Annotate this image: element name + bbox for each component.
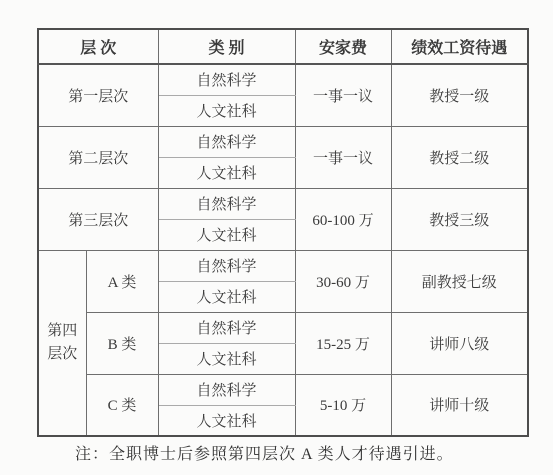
level4-label-line2: 层次 [39,343,86,366]
level4-cell: 第四 层次 [38,250,86,436]
level4c-class-cell: C 类 [86,374,158,436]
level3-allowance: 60-100 万 [295,188,391,250]
level4a-category-social: 人文社科 [158,281,295,312]
talent-tier-table: 层 次 类 别 安家费 绩效工资待遇 第一层次 自然科学 一事一议 教授一级 人… [37,28,529,437]
level4c-allowance: 5-10 万 [295,374,391,436]
header-salary: 绩效工资待遇 [391,29,528,64]
table-row: B 类 自然科学 15-25 万 讲师八级 [38,312,528,343]
table-row: C 类 自然科学 5-10 万 讲师十级 [38,374,528,405]
talent-tier-page: 层 次 类 别 安家费 绩效工资待遇 第一层次 自然科学 一事一议 教授一级 人… [0,0,553,475]
level4a-category-natural: 自然科学 [158,250,295,281]
level1-cell: 第一层次 [38,64,158,126]
level4b-category-natural: 自然科学 [158,312,295,343]
level3-category-social: 人文社科 [158,219,295,250]
table-header-row: 层 次 类 别 安家费 绩效工资待遇 [38,29,528,64]
table-row: 第二层次 自然科学 一事一议 教授二级 [38,126,528,157]
level4b-allowance: 15-25 万 [295,312,391,374]
level2-salary: 教授二级 [391,126,528,188]
level2-cell: 第二层次 [38,126,158,188]
table-row: 第三层次 自然科学 60-100 万 教授三级 [38,188,528,219]
level4-label-line1: 第四 [39,320,86,343]
table-row: 第一层次 自然科学 一事一议 教授一级 [38,64,528,95]
header-level: 层 次 [38,29,158,64]
level1-allowance: 一事一议 [295,64,391,126]
level1-salary: 教授一级 [391,64,528,126]
level1-category-social: 人文社科 [158,95,295,126]
level3-cell: 第三层次 [38,188,158,250]
level2-category-social: 人文社科 [158,157,295,188]
level4a-salary: 副教授七级 [391,250,528,312]
level3-category-natural: 自然科学 [158,188,295,219]
header-allowance: 安家费 [295,29,391,64]
level4c-salary: 讲师十级 [391,374,528,436]
level2-category-natural: 自然科学 [158,126,295,157]
level1-category-natural: 自然科学 [158,64,295,95]
level3-salary: 教授三级 [391,188,528,250]
level4b-category-social: 人文社科 [158,343,295,374]
table-note: 注：全职博士后参照第四层次 A 类人才待遇引进。 [75,441,454,464]
header-category: 类 别 [158,29,295,64]
level4a-class-cell: A 类 [86,250,158,312]
level4b-salary: 讲师八级 [391,312,528,374]
level4c-category-natural: 自然科学 [158,374,295,405]
table-row: 第四 层次 A 类 自然科学 30-60 万 副教授七级 [38,250,528,281]
level2-allowance: 一事一议 [295,126,391,188]
level4a-allowance: 30-60 万 [295,250,391,312]
level4b-class-cell: B 类 [86,312,158,374]
level4c-category-social: 人文社科 [158,405,295,436]
